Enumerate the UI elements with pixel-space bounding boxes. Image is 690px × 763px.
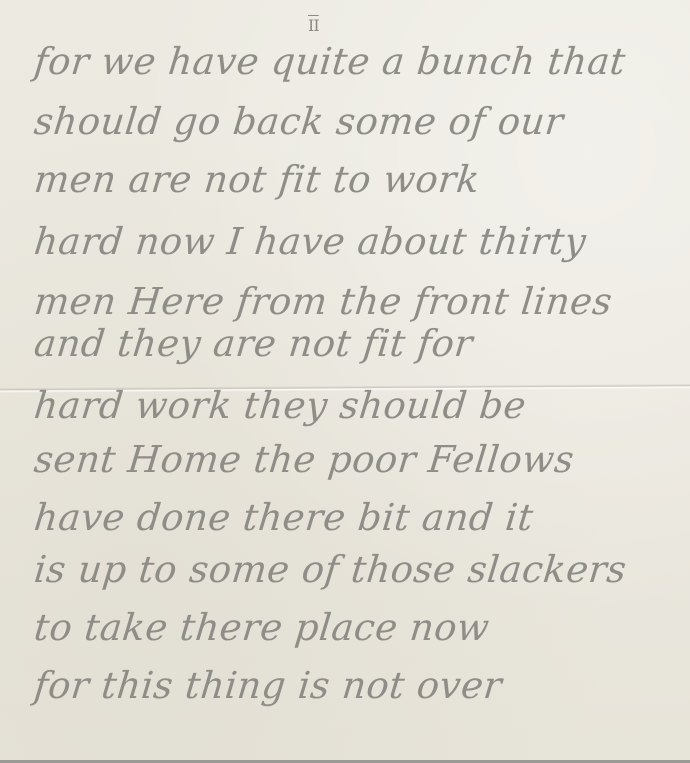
handwritten-line: should go back some of our — [32, 100, 566, 143]
handwritten-line: sent Home the poor Fellows — [32, 438, 576, 481]
page-number: II — [308, 16, 319, 35]
handwritten-line: hard now I have about thirty — [32, 220, 588, 263]
handwritten-line: to take there place now — [32, 606, 492, 649]
handwritten-line: men Here from the front lines — [32, 280, 614, 323]
handwritten-line: for we have quite a bunch that — [32, 40, 628, 83]
handwritten-line: hard work they should be — [32, 384, 528, 427]
handwritten-line: have done there bit and it — [32, 496, 536, 539]
handwritten-line: and they are not fit for — [32, 322, 475, 365]
handwritten-line: for this thing is not over — [32, 664, 504, 707]
handwritten-line: is up to some of those slackers — [32, 548, 629, 591]
letter-page: II for we have quite a bunch that should… — [0, 0, 690, 763]
handwritten-line: men are not fit to work — [32, 158, 482, 201]
